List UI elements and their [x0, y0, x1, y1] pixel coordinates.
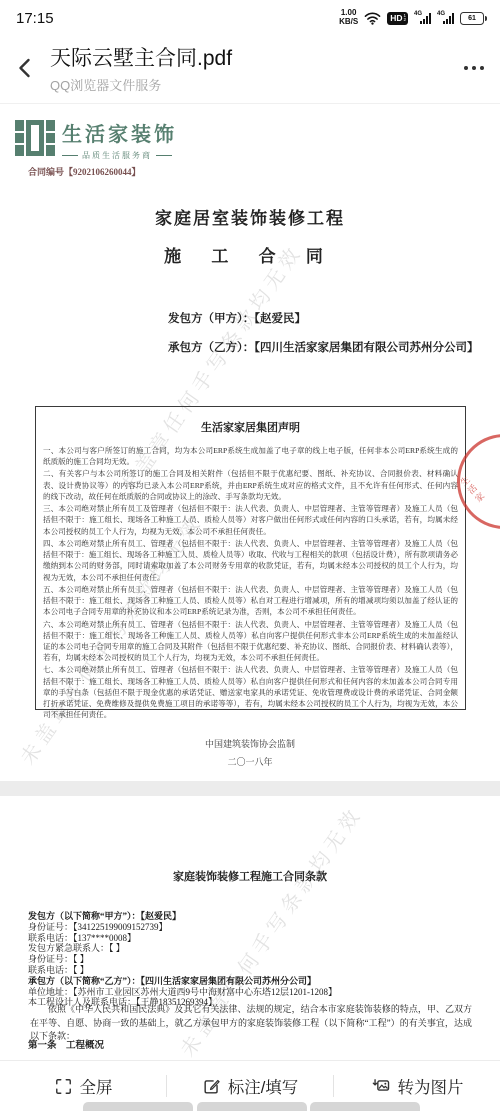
declaration-clause: 五、本公司绝对禁止所有员工、管理者（包括但不限于：法人代表、负责人、中层管理者、… [43, 584, 458, 618]
article-1-heading: 第一条 工程概况 [28, 1037, 104, 1051]
hd-volte-icon: HD 1 2 [387, 12, 408, 25]
party-b: 承包方（乙方）：【四川生活家家居集团有限公司苏州分公司】 [168, 339, 479, 355]
back-button[interactable] [14, 48, 44, 88]
contract-year: 二〇一八年 [0, 755, 500, 768]
contract-title: 家庭居室装饰装修工程 施 工 合 同 [0, 204, 500, 267]
detail-line: 联系电话：【 】 [28, 965, 337, 976]
supervising-body: 中国建筑装饰协会监制 [0, 737, 500, 750]
status-icons: 1.00 KB/S HD 1 2 4G 4G 61 [339, 9, 484, 27]
party-a: 发包方（甲方）：【赵爱民】 [168, 310, 479, 326]
logo-icon [15, 120, 55, 156]
brand-tagline: 品质生活服务商 [62, 150, 177, 161]
ellipsis-icon [464, 66, 468, 70]
wifi-icon [364, 11, 381, 25]
signal-sim2-icon: 4G [437, 11, 454, 25]
bottom-toolbar: 全屏 标注/填写 转为图片 [0, 1060, 500, 1111]
contract-parties: 发包方（甲方）：【赵爱民】 承包方（乙方）：【四川生活家家居集团有限公司苏州分公… [168, 310, 479, 368]
detail-line: 发包方紧急联系人：【 】 [28, 943, 337, 954]
brand-name: 生活家装饰 [62, 118, 177, 147]
pdf-page-1: 未盖章任何手写条款均无效 未盖章任何手写条款均无效 生活家装饰 品质生活服务商 … [0, 104, 500, 781]
declaration-clause: 二、有关客户与本公司所签订的施工合同及相关附件（包括但不限于优惠纪要、图纸、补充… [43, 468, 458, 502]
status-bar: 17:15 1.00 KB/S HD 1 2 4G 4G [0, 0, 500, 32]
declaration-clause: 一、本公司与客户所签订的施工合同，均为本公司ERP系统生成加盖了电子章的线上电子… [43, 445, 458, 467]
file-name: 天际云墅主合同.pdf [50, 42, 462, 72]
declaration-box: 生活家家居集团声明 一、本公司与客户所签订的施工合同，均为本公司ERP系统生成加… [35, 406, 466, 710]
edit-pencil-icon [202, 1077, 221, 1096]
battery-icon: 61 [460, 12, 484, 25]
network-speed: 1.00 KB/S [339, 9, 358, 27]
declaration-title: 生活家家居集团声明 [43, 419, 458, 435]
clock: 17:15 [16, 10, 54, 27]
contract-number: 合同编号【9202106260044】 [28, 165, 141, 178]
detail-line: 发包方（以下简称“甲方”）：【赵爱民】 [28, 911, 337, 922]
signal-sim1-icon: 4G [414, 11, 431, 25]
declaration-clause: 三、本公司绝对禁止所有员工及管理者（包括但不限于：法人代表、负责人、中层管理者、… [43, 503, 458, 537]
company-logo: 生活家装饰 品质生活服务商 [15, 118, 177, 161]
detail-line: 身份证号：【 】 [28, 954, 337, 965]
pdf-viewer[interactable]: 未盖章任何手写条款均无效 未盖章任何手写条款均无效 生活家装饰 品质生活服务商 … [0, 104, 500, 1060]
detail-line: 单位地址：【苏州市工业园区苏州大道西9号中海财富中心东塔12层1201-1208… [28, 987, 337, 998]
image-download-icon [371, 1077, 391, 1096]
detail-line: 承包方（以下简称“乙方”）：【四川生活家家居集团有限公司苏州分公司】 [28, 976, 337, 987]
file-viewer-header: 天际云墅主合同.pdf QQ浏览器文件服务 [0, 32, 500, 104]
declaration-clause: 六、本公司绝对禁止所有员工、管理者（包括但不限于：法人代表、负责人、中层管理者、… [43, 619, 458, 664]
bottom-sheet-handles [0, 1102, 500, 1111]
more-options-button[interactable] [462, 58, 486, 78]
declaration-clause: 七、本公司绝对禁止所有员工、管理者（包括但不限于：法人代表、负责人、中层管理者、… [43, 664, 458, 720]
detail-line: 联系电话：【137****0008】 [28, 933, 337, 944]
page-separator [0, 781, 500, 796]
terms-title: 家庭装饰装修工程施工合同条款 [0, 868, 500, 884]
detail-line: 身份证号：【341225199009152739】 [28, 922, 337, 933]
party-details: 发包方（以下简称“甲方”）：【赵爱民】 身份证号：【34122519900915… [28, 911, 337, 1008]
file-title-block: 天际云墅主合同.pdf QQ浏览器文件服务 [50, 42, 462, 94]
fullscreen-icon [54, 1077, 73, 1096]
chevron-left-icon [14, 56, 36, 80]
file-source: QQ浏览器文件服务 [50, 75, 462, 94]
declaration-clause: 四、本公司绝对禁止所有员工、管理者（包括但不限于：法人代表、负责人、中层管理者、… [43, 538, 458, 583]
pdf-page-2: 未盖章任何手写条款均无效 家庭装饰装修工程施工合同条款 发包方（以下简称“甲方”… [0, 796, 500, 1060]
